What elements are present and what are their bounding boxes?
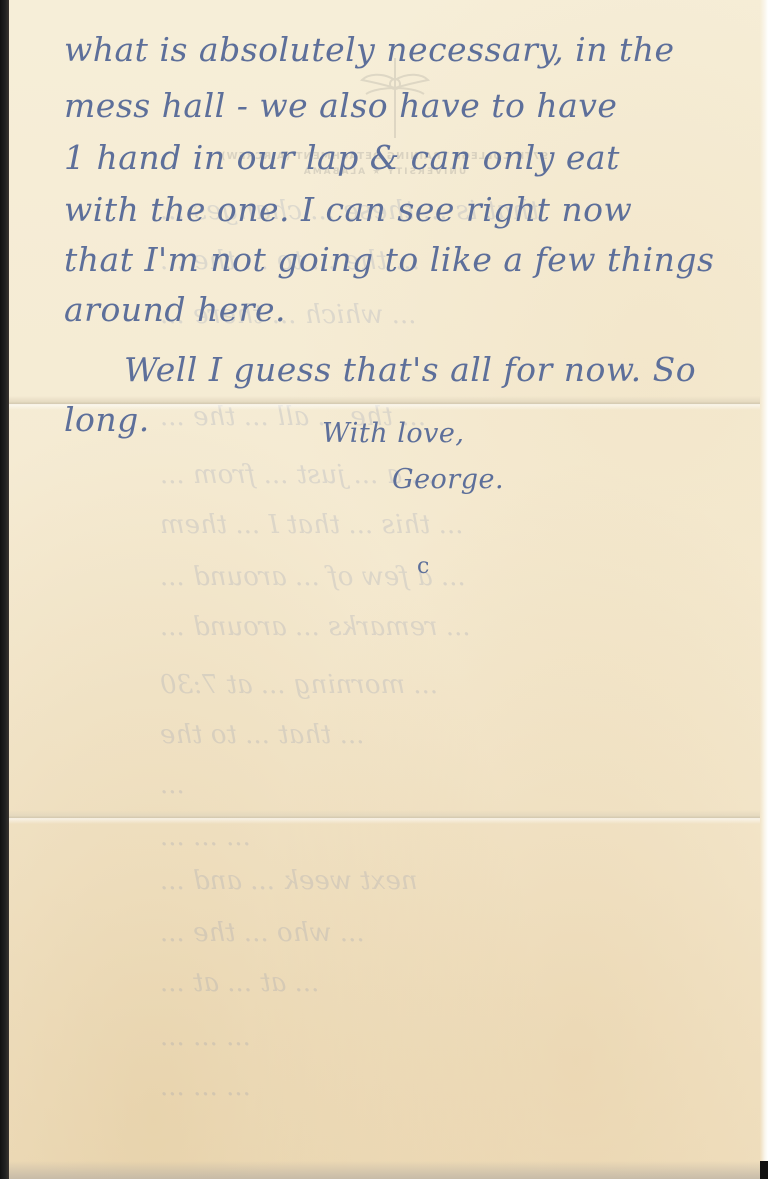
- stray-pen-mark: c: [417, 554, 430, 579]
- letter-line: mess hall - we also have to have: [64, 86, 617, 125]
- bleedthrough-line: ... who ... the ...: [160, 918, 740, 948]
- letter-page: that is ... these ... changes ... ... th…: [0, 0, 768, 1179]
- letter-line: what is absolutely necessary, in the: [64, 30, 675, 69]
- bleedthrough-line: ... morning ... at 7:30: [160, 670, 740, 700]
- letter-line: that I'm not going to like a few things: [64, 240, 714, 279]
- scan-corner: [760, 1161, 768, 1179]
- letter-line: 1 hand in our lap & can only eat: [64, 138, 620, 177]
- bleedthrough-line: ... ... ...: [160, 1022, 740, 1052]
- letter-line: long.: [64, 400, 150, 439]
- bleedthrough-line: ... ... ...: [160, 822, 740, 852]
- bleedthrough-line: ... that ... to the: [160, 720, 740, 750]
- scan-right-border: [760, 0, 768, 1179]
- scan-bottom-shadow: [9, 1161, 760, 1179]
- letter-line: Well I guess that's all for now. So: [124, 350, 696, 389]
- letter-line: with the one. I can see right now: [64, 190, 632, 229]
- bleedthrough-line: ... ... ...: [160, 1072, 740, 1102]
- letter-line: around here.: [64, 290, 286, 329]
- bleedthrough-line: ... this ... that I ... them: [160, 510, 740, 540]
- letter-signature: George.: [392, 464, 504, 495]
- bleedthrough-line: next week ... and ...: [160, 866, 740, 896]
- bleedthrough-line: ... a few of ... around ...: [160, 562, 740, 592]
- bleedthrough-line: ... at ... at ...: [160, 968, 740, 998]
- fold-crease: [9, 810, 760, 824]
- bleedthrough-line: ... remarks ... around ...: [160, 612, 740, 642]
- scan-left-border: [0, 0, 9, 1179]
- bleedthrough-line: ...: [160, 770, 740, 800]
- letter-closing: With love,: [322, 418, 464, 449]
